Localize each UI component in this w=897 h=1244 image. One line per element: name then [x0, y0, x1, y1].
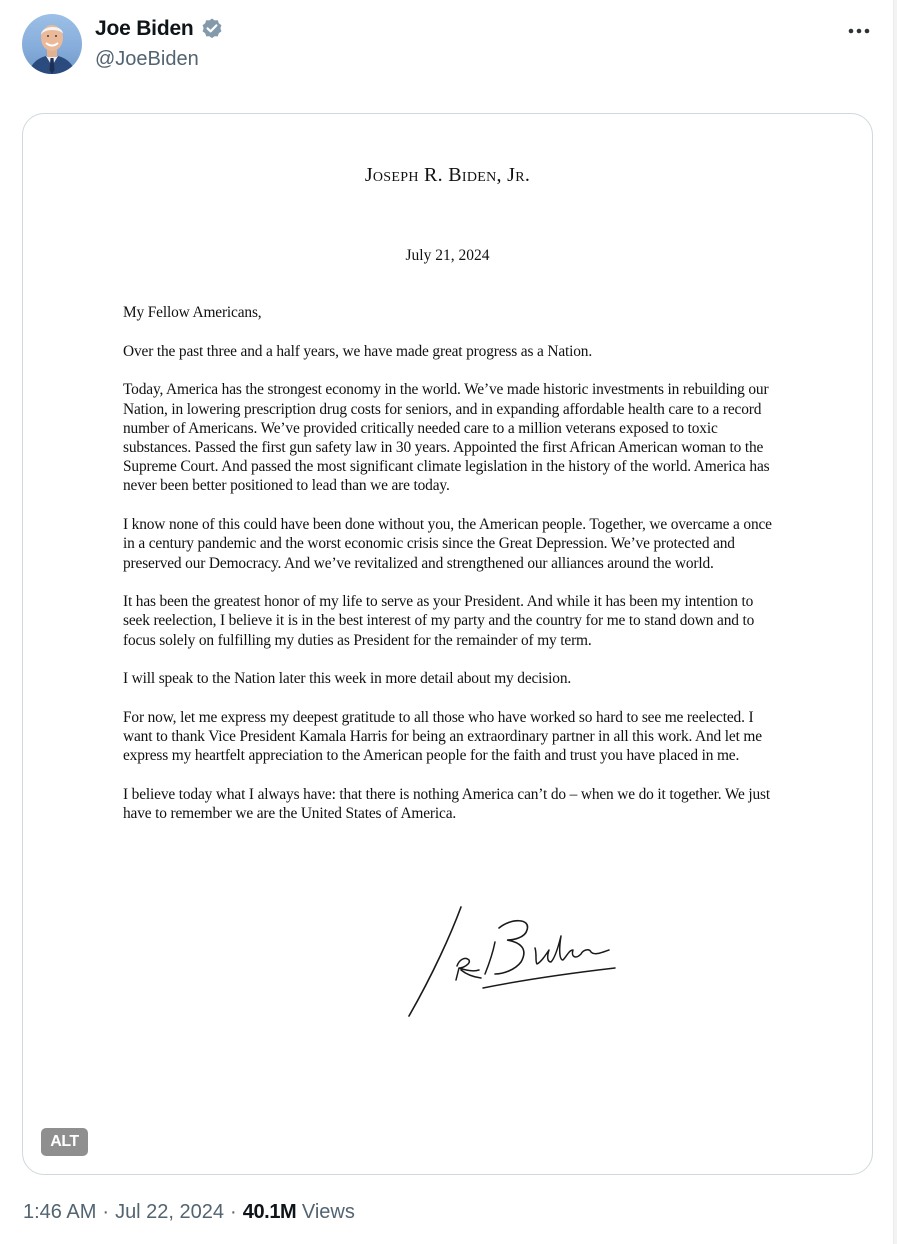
tweet-meta: 1:46 AM·Jul 22, 2024·40.1M Views: [23, 1201, 355, 1224]
profile-photo-icon: [22, 14, 82, 74]
letter-paragraph: I will speak to the Nation later this we…: [123, 669, 773, 688]
verified-badge-icon[interactable]: [200, 17, 224, 41]
meta-separator: ·: [230, 1201, 237, 1223]
tweet-header: Joe Biden @JoeBiden: [22, 14, 882, 76]
scrollbar-track[interactable]: [893, 0, 897, 1244]
letter-document: Joseph R. Biden, Jr. July 21, 2024 My Fe…: [23, 114, 872, 1174]
author-avatar[interactable]: [22, 14, 82, 74]
views-label: Views: [302, 1201, 355, 1223]
tweet-media-image[interactable]: Joseph R. Biden, Jr. July 21, 2024 My Fe…: [22, 113, 873, 1175]
letter-paragraph: I know none of this could have been done…: [123, 515, 773, 573]
ellipsis-icon: [847, 27, 871, 35]
more-options-button[interactable]: [842, 16, 876, 46]
letter-salutation: My Fellow Americans,: [123, 303, 773, 322]
tweet-time[interactable]: 1:46 AM: [23, 1201, 96, 1223]
letter-paragraph: I believe today what I always have: that…: [123, 785, 773, 823]
author-block: Joe Biden @JoeBiden: [95, 16, 224, 71]
handwritten-signature-icon: [403, 904, 623, 1024]
letterhead: Joseph R. Biden, Jr.: [23, 164, 872, 187]
letter-paragraph: For now, let me express my deepest grati…: [123, 708, 773, 766]
views-count[interactable]: 40.1M: [243, 1201, 297, 1223]
author-name[interactable]: Joe Biden: [95, 17, 194, 41]
author-handle[interactable]: @JoeBiden: [95, 48, 224, 71]
letter-paragraph: It has been the greatest honor of my lif…: [123, 592, 773, 650]
meta-separator: ·: [102, 1201, 109, 1223]
tweet-date[interactable]: Jul 22, 2024: [115, 1201, 224, 1223]
author-name-row: Joe Biden: [95, 16, 224, 42]
letter-date: July 21, 2024: [23, 247, 872, 265]
letter-paragraph: Today, America has the strongest economy…: [123, 380, 773, 495]
alt-text-button[interactable]: ALT: [41, 1128, 88, 1156]
letter-paragraph: Over the past three and a half years, we…: [123, 342, 773, 361]
letter-body: My Fellow Americans, Over the past three…: [123, 303, 773, 843]
